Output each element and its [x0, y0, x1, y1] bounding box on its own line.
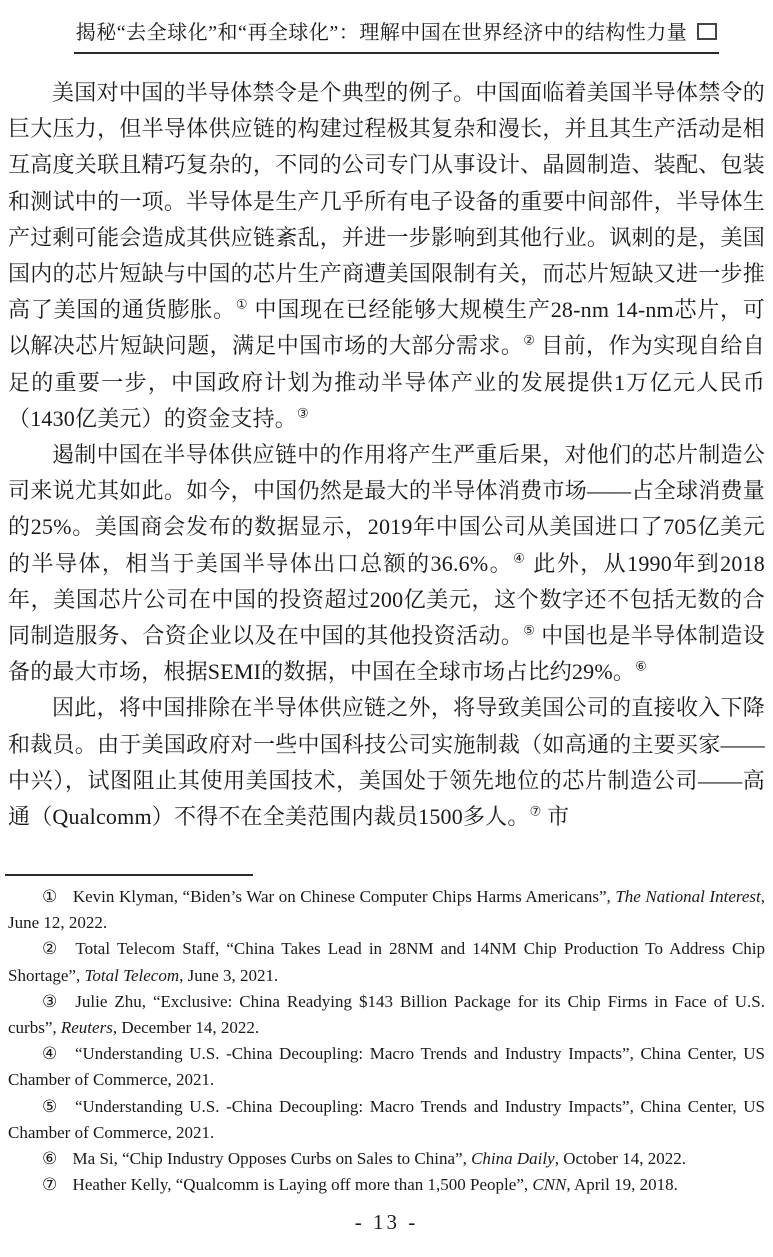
footnote-reference: ④: [513, 550, 526, 565]
page-number: - 13 -: [0, 1210, 773, 1235]
footnote-separator: [5, 874, 253, 876]
running-head-title: 揭秘“去全球化”和“再全球化”：理解中国在世界经济中的结构性力量: [76, 22, 688, 44]
text-run: “Understanding U.S. -China Decoupling: M…: [8, 1097, 765, 1142]
running-head: 揭秘“去全球化”和“再全球化”：理解中国在世界经济中的结构性力量: [0, 16, 773, 54]
text-run: 市: [541, 804, 569, 829]
text-run: , December 14, 2022.: [113, 1018, 259, 1037]
footnote-item: ④“Understanding U.S. -China Decoupling: …: [8, 1041, 765, 1093]
text-run: , October 14, 2022.: [555, 1149, 686, 1168]
text-run: Reuters: [61, 1018, 113, 1037]
body-paragraph: 美国对中国的半导体禁令是个典型的例子。中国面临着美国半导体禁令的巨大压力，但半导…: [8, 75, 765, 437]
footnote-reference: ①: [236, 297, 248, 312]
body-paragraph: 遏制中国在半导体供应链中的作用将产生严重后果，对他们的芯片制造公司来说尤其如此。…: [8, 437, 765, 690]
running-head-underline: 揭秘“去全球化”和“再全球化”：理解中国在世界经济中的结构性力量: [74, 16, 720, 54]
footnote-marker: ⑤: [42, 1097, 60, 1116]
footnote-reference: ③: [297, 406, 309, 421]
text-run: “Understanding U.S. -China Decoupling: M…: [8, 1044, 765, 1089]
footnote-item: ③Julie Zhu, “Exclusive: China Readying $…: [8, 989, 765, 1041]
footnote-item: ②Total Telecom Staff, “China Takes Lead …: [8, 936, 765, 988]
text-run: Heather Kelly, “Qualcomm is Laying off m…: [73, 1175, 533, 1194]
footnote-marker: ④: [42, 1044, 60, 1063]
footnotes: ①Kevin Klyman, “Biden’s War on Chinese C…: [8, 884, 765, 1198]
body-paragraph: 因此，将中国排除在半导体供应链之外，将导致美国公司的直接收入下降和裁员。由于美国…: [8, 690, 765, 835]
text-run: CNN: [532, 1175, 566, 1194]
main-text: 美国对中国的半导体禁令是个典型的例子。中国面临着美国半导体禁令的巨大压力，但半导…: [8, 75, 765, 835]
text-run: Total Telecom: [84, 966, 179, 985]
footnote-marker: ③: [42, 992, 60, 1011]
footnote-marker: ①: [42, 887, 58, 906]
text-run: China Daily: [471, 1149, 555, 1168]
text-run: Kevin Klyman, “Biden’s War on Chinese Co…: [73, 887, 615, 906]
footnote-item: ①Kevin Klyman, “Biden’s War on Chinese C…: [8, 884, 765, 936]
text-run: 因此，将中国排除在半导体供应链之外，将导致美国公司的直接收入下降和裁员。由于美国…: [8, 695, 765, 829]
text-run: , April 19, 2018.: [566, 1175, 677, 1194]
text-run: Ma Si, “Chip Industry Opposes Curbs on S…: [73, 1149, 472, 1168]
footnote-reference: ⑥: [635, 659, 647, 674]
footnote-item: ⑤“Understanding U.S. -China Decoupling: …: [8, 1094, 765, 1146]
footnote-reference: ②: [523, 333, 535, 348]
book-page: 揭秘“去全球化”和“再全球化”：理解中国在世界经济中的结构性力量 美国对中国的半…: [0, 0, 773, 1257]
footnote-marker: ②: [42, 939, 60, 958]
text-run: The National Interest: [615, 887, 760, 906]
text-run: 美国对中国的半导体禁令是个典型的例子。中国面临着美国半导体禁令的巨大压力，但半导…: [8, 80, 765, 322]
footnote-item: ⑥Ma Si, “Chip Industry Opposes Curbs on …: [8, 1146, 765, 1172]
chapter-box-icon: [697, 23, 717, 40]
footnote-marker: ⑦: [42, 1175, 57, 1194]
footnote-reference: ⑤: [523, 623, 535, 638]
text-run: , June 3, 2021.: [179, 966, 278, 985]
footnote-reference: ⑦: [530, 804, 542, 819]
footnote-item: ⑦Heather Kelly, “Qualcomm is Laying off …: [8, 1172, 765, 1198]
footnote-marker: ⑥: [42, 1149, 57, 1168]
